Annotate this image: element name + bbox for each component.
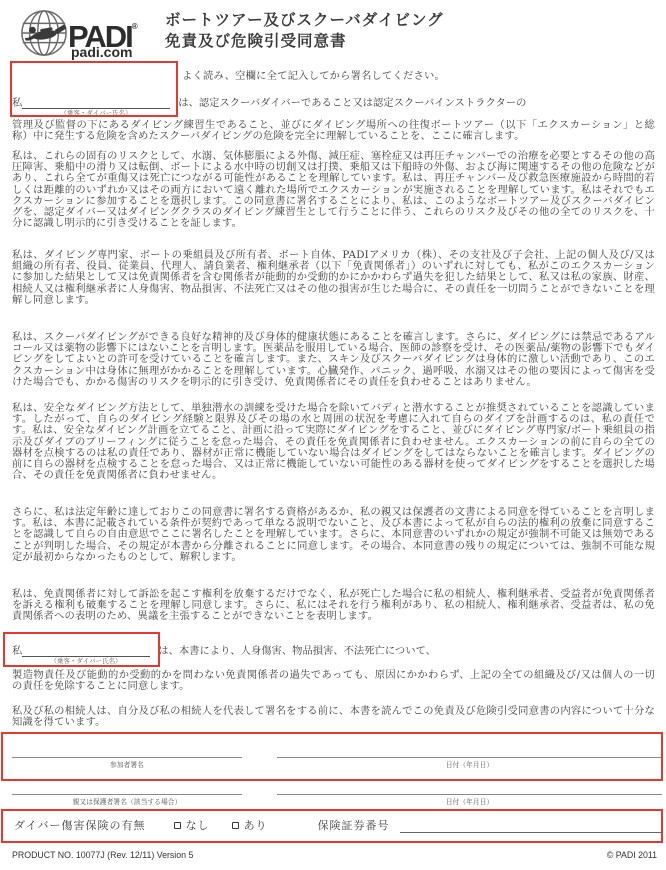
insurance-option-yes-label: あり bbox=[244, 817, 268, 833]
participant-signature-cell: 参加者署名 bbox=[12, 757, 242, 769]
name-field-1-group: 私は、認定スクーバダイバーであること又は認定スクーバインストラクターの （乗客・… bbox=[12, 97, 655, 142]
guardian-date-label: 日付（年月日） bbox=[277, 798, 662, 806]
insurance-section: ダイバー傷害保険の有無 なし あり 保険証券番号 bbox=[14, 817, 662, 833]
participant-signature-line[interactable] bbox=[12, 757, 242, 758]
name-field-2-group: 私は、本書により、人身傷害、物品損害、不法死亡について、 （乗客・ダイバー氏名） bbox=[12, 645, 655, 665]
name-field-1-row: 私は、認定スクーバダイバーであること又は認定スクーバインストラクターの bbox=[12, 97, 655, 109]
name-field-1-label: （乗客・ダイバー氏名） bbox=[22, 110, 170, 117]
paragraph-legal-age: さらに、私は法定年齢に達しておりこの同意書に署名する資格があるか、私の親又は保護… bbox=[12, 507, 655, 563]
participant-date-label: 日付（年月日） bbox=[277, 761, 662, 769]
document-title: ボートツアー及びスクーバダイビング 免責及び危険引受同意書 bbox=[165, 10, 444, 52]
policy-number-input-line[interactable] bbox=[400, 821, 662, 833]
guardian-signature-line[interactable] bbox=[12, 794, 242, 795]
paragraph-product-liability: 製造物責任及び能動的か受動的かを問わない免責関係者の過失であっても、原因にかかわ… bbox=[12, 670, 655, 692]
paragraph-safe-diving: 私は、安全なダイビング方法として、単独潜水の訓練を受けた場合を除いてバディと潜水… bbox=[12, 403, 655, 481]
intro-instruction: よく読み、空欄に全て記入してから署名してください。 bbox=[12, 71, 655, 82]
guardian-signature-label: 親又は保護者署名（該当する場合） bbox=[12, 798, 242, 806]
paragraph-released-parties: 私は、ダイビング専門家、ボートの乗組員及び所有者、ボート自体、PADIアメリカ（… bbox=[12, 250, 655, 306]
participant-signature-label: 参加者署名 bbox=[12, 761, 242, 769]
document-title-line2: 免責及び危険引受同意書 bbox=[165, 31, 444, 52]
checkbox-no-icon[interactable] bbox=[174, 822, 181, 829]
paragraph-heirs-waiver: 私は、免責関係者に対して訴訟を起こす権利を放棄するだけでなく、私が死亡した場合に… bbox=[12, 589, 655, 623]
registered-mark: ® bbox=[132, 22, 138, 31]
paragraph-certification: 管理及び監督の下にあるダイビング練習生であること、並びにダイビング場所への往復ボ… bbox=[12, 120, 655, 142]
product-number: PRODUCT NO. 10077J (Rev. 12/11) Version … bbox=[12, 850, 193, 860]
document-title-line1: ボートツアー及びスクーバダイビング bbox=[165, 10, 444, 31]
padi-logo: PADI® padi.com bbox=[20, 8, 170, 60]
signature-row-guardian: 親又は保護者署名（該当する場合） 日付（年月日） bbox=[12, 794, 662, 806]
copyright: © PADI 2011 bbox=[607, 850, 657, 860]
guardian-signature-cell: 親又は保護者署名（該当する場合） bbox=[12, 794, 242, 806]
name-input-line[interactable] bbox=[22, 646, 150, 657]
guardian-date-cell: 日付（年月日） bbox=[277, 794, 662, 806]
name-prefix: 私 bbox=[12, 97, 22, 109]
insurance-label: ダイバー傷害保険の有無 bbox=[14, 817, 146, 833]
paragraph-inherent-risks: 私は、これらの固有のリスクとして、水溺、気体膨脹による外傷、減圧症、塞栓症又は再… bbox=[12, 151, 655, 229]
participant-date-line[interactable] bbox=[277, 757, 662, 758]
insurance-option-no[interactable]: なし bbox=[174, 817, 210, 833]
insurance-option-yes[interactable]: あり bbox=[232, 817, 268, 833]
signature-row-participant: 参加者署名 日付（年月日） bbox=[12, 757, 662, 769]
name-prefix: 私 bbox=[12, 645, 22, 657]
globe-diver-icon bbox=[20, 8, 68, 58]
name-field-2-suffix: は、本書により、人身傷害、物品損害、不法死亡について、 bbox=[158, 645, 436, 657]
policy-number-label: 保険証券番号 bbox=[318, 817, 390, 833]
paragraph-health-condition: 私は、スクーバダイビングができる良好な精神的及び身体的健康状態にあることを確言し… bbox=[12, 332, 655, 388]
name-field-2-label: （乗客・ダイバー氏名） bbox=[22, 658, 150, 665]
liability-release-document: PADI® padi.com ボートツアー及びスクーバダイビング 免責及び危険引… bbox=[0, 0, 666, 870]
name-input-line[interactable] bbox=[22, 98, 170, 109]
paragraph-full-knowledge: 私及び私の相続人は、自分及び私の相続人を代表して署名をする前に、本書を読んでこの… bbox=[12, 706, 655, 728]
document-footer: PRODUCT NO. 10077J (Rev. 12/11) Version … bbox=[12, 850, 657, 860]
insurance-option-no-label: なし bbox=[186, 817, 210, 833]
checkbox-yes-icon[interactable] bbox=[232, 822, 239, 829]
participant-date-cell: 日付（年月日） bbox=[277, 757, 662, 769]
name-field-1-suffix: は、認定スクーバダイバーであること又は認定スクーバインストラクターの bbox=[178, 97, 526, 109]
guardian-date-line[interactable] bbox=[277, 794, 662, 795]
padi-url: padi.com bbox=[71, 44, 132, 60]
name-field-2-row: 私は、本書により、人身傷害、物品損害、不法死亡について、 bbox=[12, 645, 655, 657]
